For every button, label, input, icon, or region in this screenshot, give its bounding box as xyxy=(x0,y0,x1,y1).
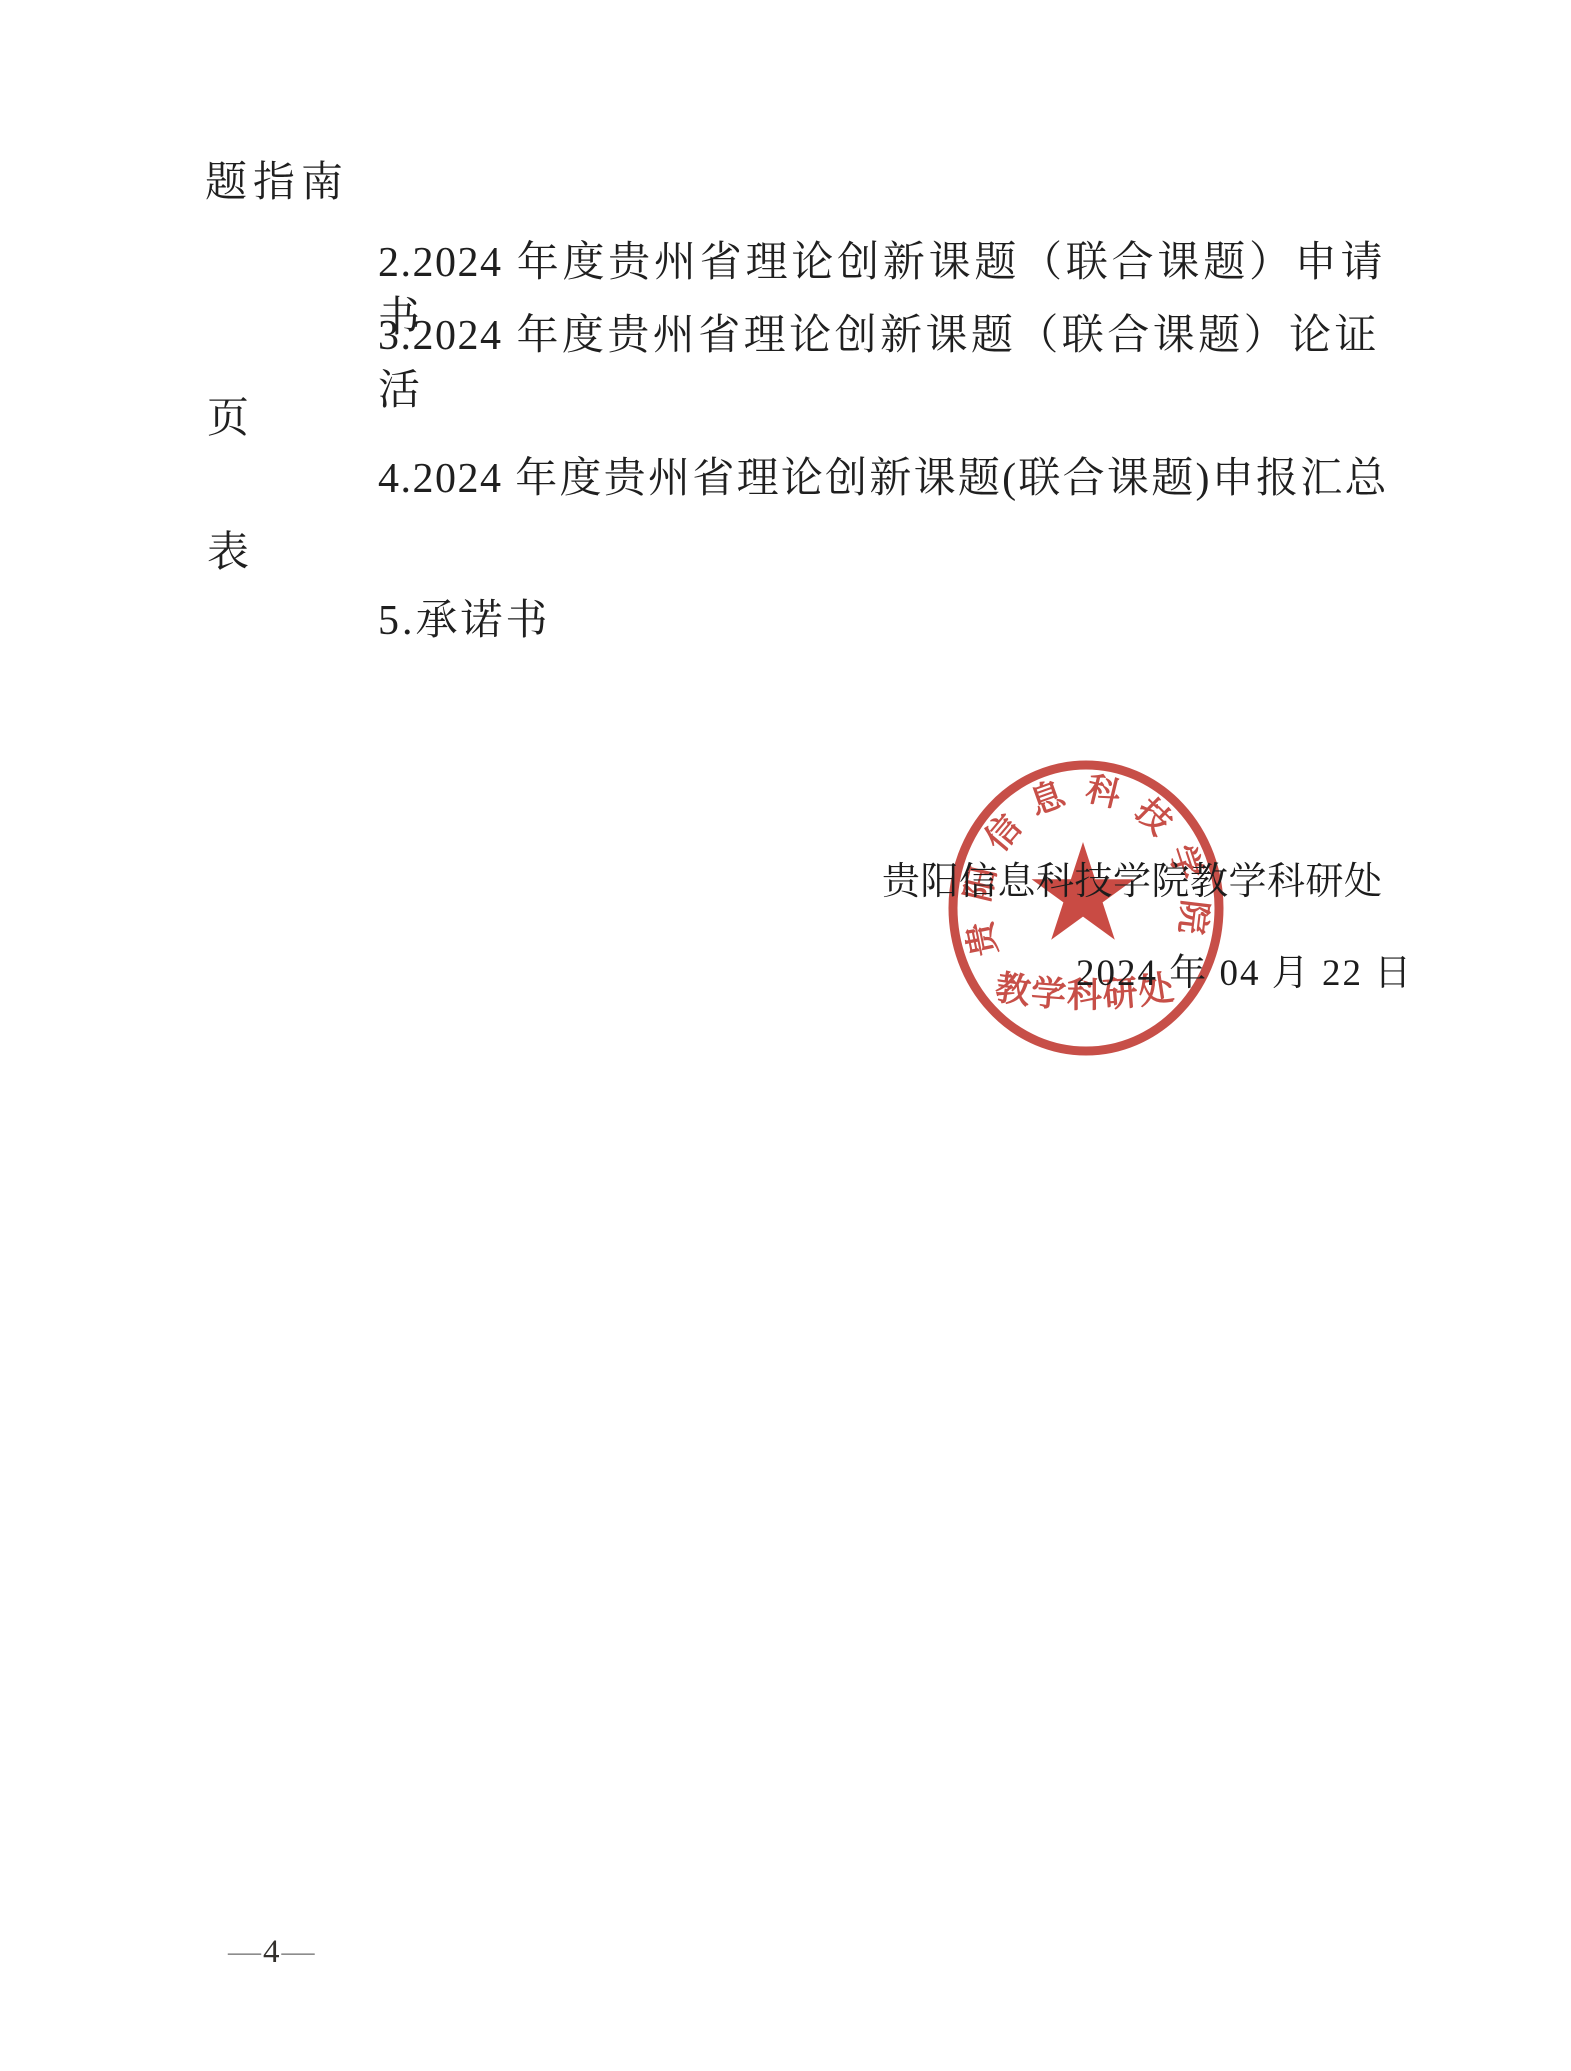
line-wrap-page: 页 xyxy=(207,392,249,447)
signature-date: 2024 年 04 月 22 日 xyxy=(1076,942,1413,996)
attachment-item-5: 5.承诺书 xyxy=(378,594,551,649)
signature-organization: 贵阳信息科技学院教学科研处 xyxy=(882,850,1383,905)
page-number-dash-left: — xyxy=(228,1934,261,1970)
attachment-item-4: 4.2024 年度贵州省理论创新课题(联合课题)申报汇总 xyxy=(378,452,1388,507)
official-seal: 贵阳信息科技学院 教学科研处 xyxy=(940,756,1232,1064)
page-number-dash-right: — xyxy=(282,1934,315,1970)
line-wrap-guide: 题指南 xyxy=(205,156,349,211)
page-number-value: 4 xyxy=(261,1934,282,1970)
document-page: 题指南 2.2024 年度贵州省理论创新课题（联合课题）申请书 3.2024 年… xyxy=(0,0,1571,2071)
page-number: —4— xyxy=(228,1934,315,1971)
attachment-item-3: 3.2024 年度贵州省理论创新课题（联合课题）论证活 xyxy=(378,309,1378,418)
line-wrap-table: 表 xyxy=(207,526,249,581)
